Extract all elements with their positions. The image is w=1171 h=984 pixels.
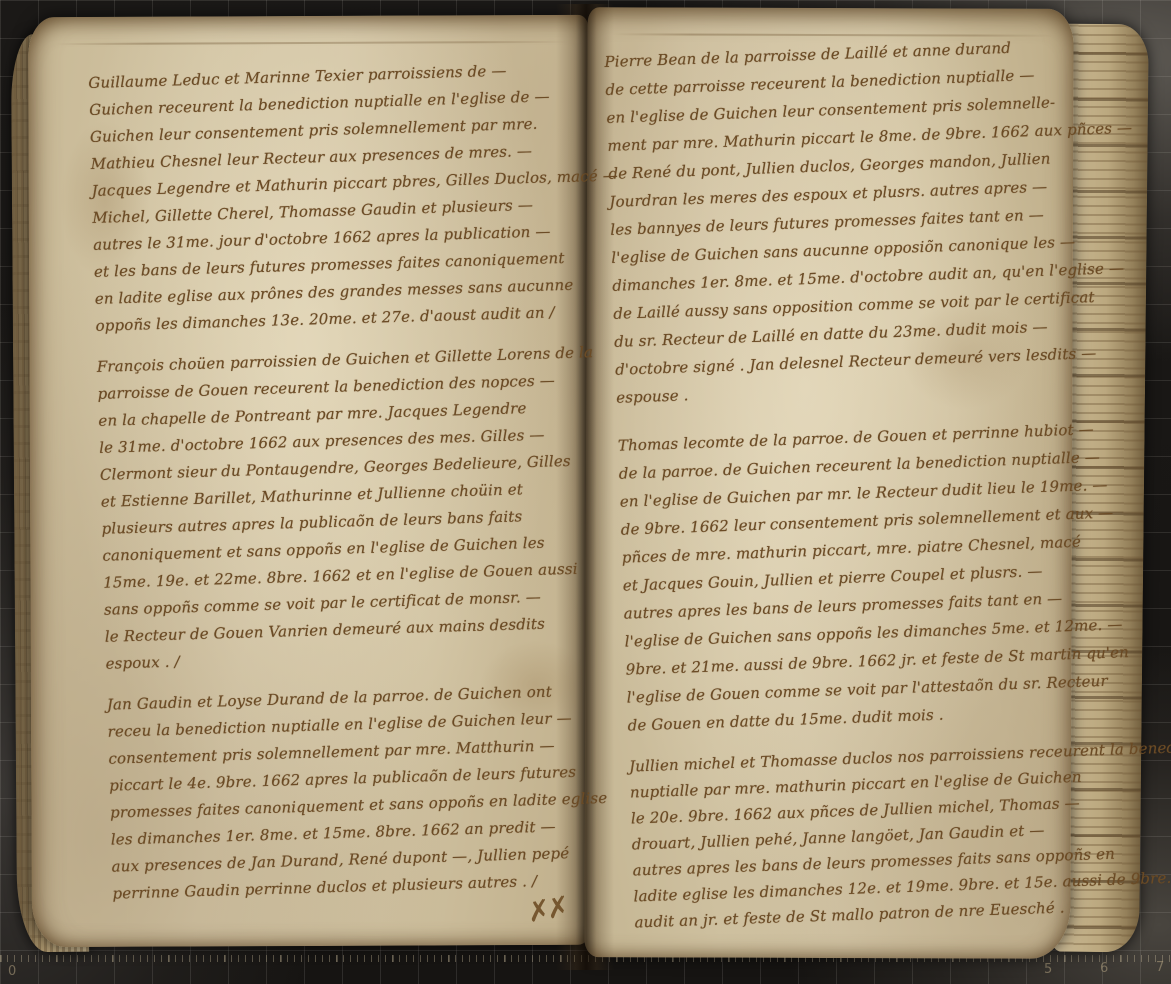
scale-number: 0 xyxy=(8,964,16,979)
scale-number: 5 xyxy=(1044,962,1052,977)
double-cross-end-mark: ✗✗ xyxy=(524,890,568,929)
right-page-handwriting: Pierre Bean de la parroisse de Laillé et… xyxy=(604,32,1091,949)
manuscript-paragraph: Guillaume Leduc et Marinne Texier parroi… xyxy=(88,56,574,340)
scale-number: 7 xyxy=(1156,960,1164,975)
manuscript-paragraph: Pierre Bean de la parroisse de Laillé et… xyxy=(604,32,1072,412)
manuscript-paragraph: François choüen parroissien de Guichen e… xyxy=(96,340,583,678)
scale-number: 6 xyxy=(1100,961,1108,976)
manuscript-paragraph: Thomas lecomte de la parroe. de Gouen et… xyxy=(617,416,1083,740)
left-page-handwriting: Guillaume Leduc et Marinne Texier parroi… xyxy=(88,56,591,922)
manuscript-paragraph: Jullien michel et Thomasse duclos nos pa… xyxy=(629,738,1091,936)
manuscript-paragraph: Jan Gaudin et Loyse Durand de la parroe.… xyxy=(106,678,590,908)
manuscript-photo: 0 5 6 7 Guillaume Leduc et Marinne Texie… xyxy=(0,0,1171,984)
